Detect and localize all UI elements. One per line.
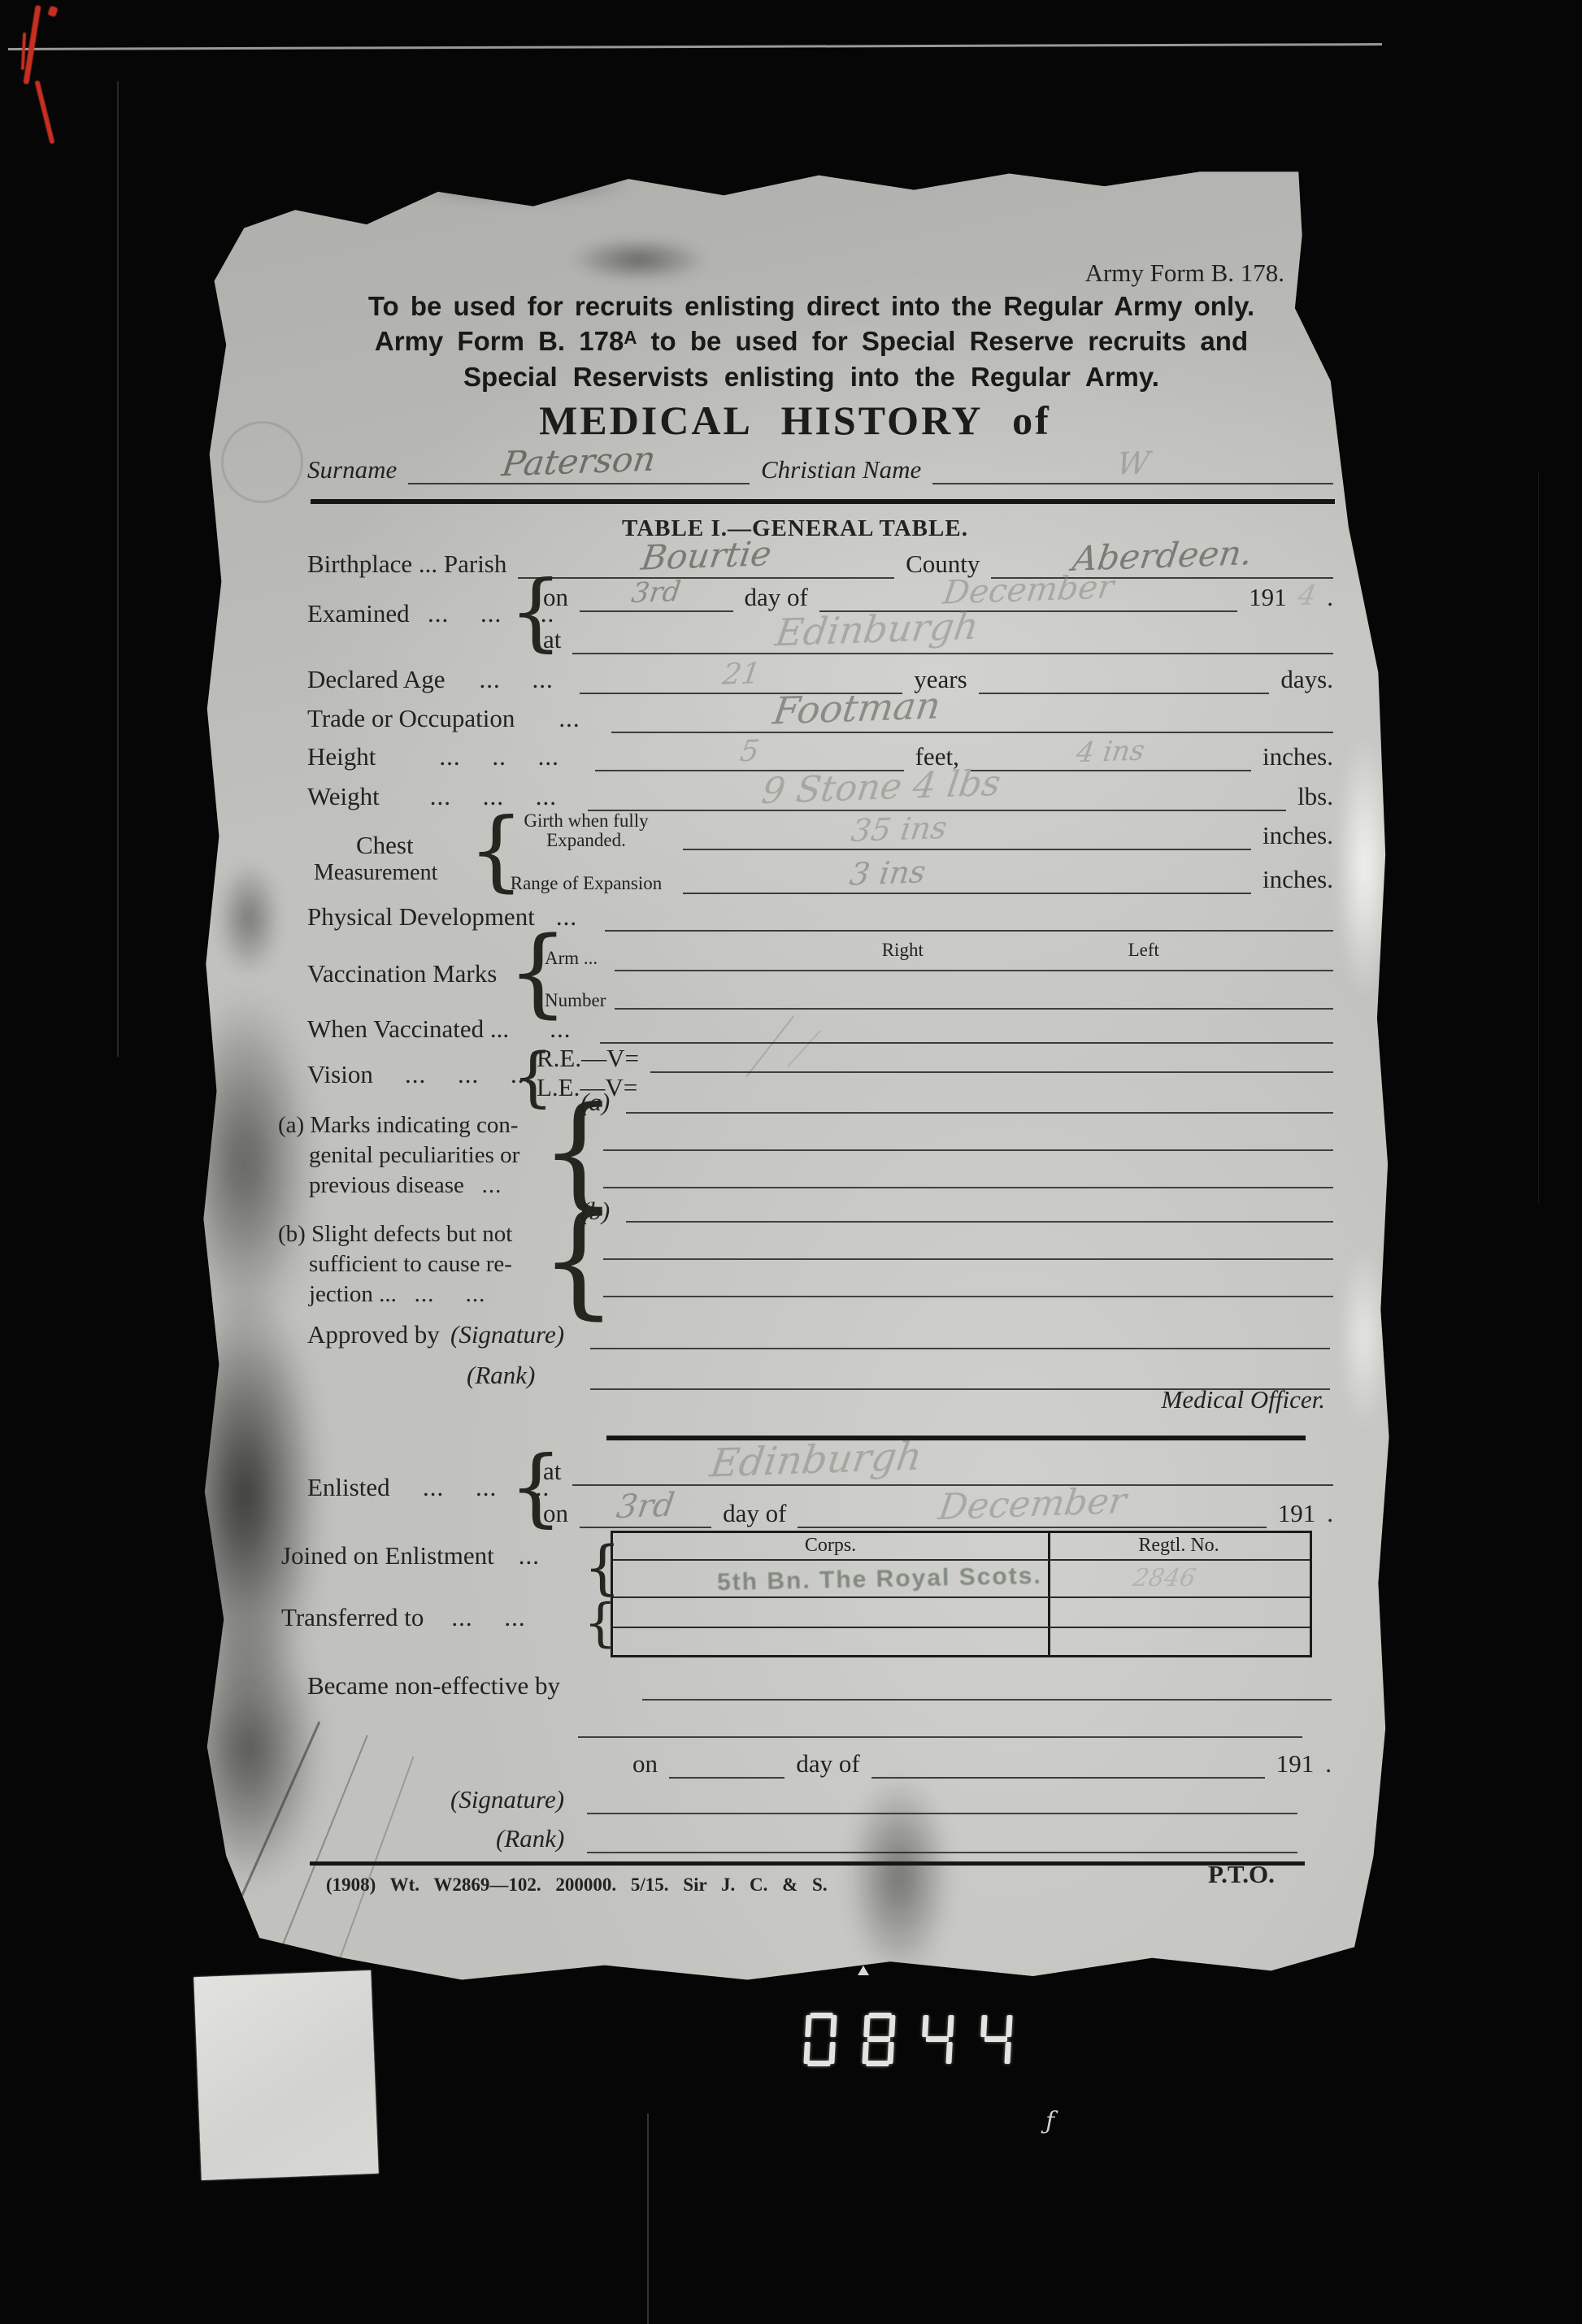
lbs-label: lbs. — [1297, 782, 1333, 811]
film-speck — [858, 1966, 869, 1975]
enlisted-label: Enlisted — [307, 1473, 390, 1502]
girth-line: 35 ins — [683, 818, 1251, 850]
physical-line — [605, 899, 1333, 932]
vision-field: Vision ... ... ... { R.E.—V= L.E.—V= — [307, 1045, 1333, 1102]
trade-row: Trade or Occupation ... Footman — [307, 696, 1333, 733]
re-label: R.E.—V= — [537, 1044, 639, 1073]
final-on-label: on — [632, 1749, 658, 1779]
re-line — [650, 1047, 1333, 1073]
final-month-line — [871, 1746, 1265, 1779]
examined-label: Examined — [307, 599, 410, 628]
marks-a-tag: (a) — [580, 1088, 610, 1117]
transferred-label: Transferred to — [281, 1603, 424, 1631]
section-rule — [606, 1436, 1306, 1440]
when-vaccinated-label: When Vaccinated ... — [307, 1014, 509, 1044]
age-value: 21 — [720, 657, 763, 692]
marks-a-writing-line — [603, 1187, 1333, 1188]
instruction-line: To be used for recruits enlisting direct… — [265, 291, 1358, 322]
final-signature-line — [587, 1813, 1297, 1814]
film-scratch-left — [117, 81, 119, 1057]
paper-tear — [1301, 316, 1370, 331]
enlisted-at-line: Edinburgh — [572, 1453, 1333, 1486]
defects-b-tag: (b) — [580, 1197, 610, 1226]
surname-value: Paterson — [500, 439, 658, 484]
range-unit: inches. — [1263, 865, 1333, 894]
film-scratch-bottom — [647, 2113, 649, 2324]
enlisted-month-value: December — [936, 1480, 1128, 1528]
transferred-dots: ... ... — [451, 1603, 525, 1631]
period: . — [1327, 583, 1333, 612]
defects-b-line2: sufficient to cause re- — [278, 1249, 522, 1279]
weight-label: Weight — [307, 782, 380, 811]
on-label: on — [543, 583, 568, 612]
at-label: at — [543, 625, 561, 654]
section-rule — [311, 499, 1335, 504]
marks-a-line3: previous disease ... — [278, 1171, 522, 1201]
range-label: Range of Expansion — [501, 873, 671, 894]
enlisted-at-label: at — [543, 1457, 561, 1486]
christian-name-line: W — [932, 452, 1333, 484]
instruction-line: Army Form B. 178ᴬ to be used for Special… — [265, 326, 1358, 357]
film-scratch-top — [8, 43, 1382, 50]
regtl-number-value: 2846 — [1131, 1564, 1198, 1592]
chest-label-2: Measurement — [314, 860, 437, 886]
chest-girth-row: Girth when fully Expanded. 35 ins inches… — [501, 813, 1333, 850]
arm-label: Arm ... — [545, 948, 598, 969]
approved-signature-line — [590, 1348, 1330, 1349]
vaccination-label: Vaccination Marks — [307, 959, 497, 988]
final-signature-label: (Signature) — [450, 1785, 564, 1814]
joined-brace: { — [584, 1533, 621, 1601]
non-effective-field: Became non-effective by — [307, 1671, 1333, 1704]
enlisted-year-prefix: 191 — [1278, 1499, 1316, 1528]
joined-dots: ... — [519, 1541, 540, 1570]
enlisted-period: . — [1327, 1499, 1333, 1528]
final-day-line — [669, 1746, 784, 1779]
chest-field: Chest Measurement { Girth when fully Exp… — [307, 813, 1333, 897]
pto-label: P.T.O. — [1208, 1860, 1275, 1889]
girth-label: Girth when fully Expanded. — [501, 811, 671, 850]
declared-age-dots: ... ... — [480, 665, 554, 694]
parish-value: Bourtie — [639, 533, 774, 578]
docket-number — [803, 2013, 1012, 2066]
non-effective-line-1 — [642, 1699, 1332, 1701]
page-title: MEDICAL HISTORY of — [200, 397, 1390, 444]
enlisted-at-row: at Edinburgh — [543, 1449, 1333, 1486]
enlisted-at-value: Edinburgh — [707, 1434, 925, 1487]
film-scratch-right — [1538, 471, 1539, 1203]
girth-value: 35 ins — [849, 810, 949, 849]
examined-field: Examined ... ... ... { on 3rd day of Dec… — [307, 573, 1333, 659]
when-vaccinated-line — [600, 1011, 1333, 1044]
height-dots: ... .. ... — [439, 742, 559, 771]
final-signature-field: (Signature) — [307, 1785, 1333, 1818]
column-divider — [1048, 1533, 1050, 1655]
arm-line — [615, 970, 1333, 971]
transferred-brace: { — [584, 1593, 617, 1653]
inches-value: 4 ins — [1075, 735, 1147, 770]
form-reference: Army Form B. 178. — [1085, 258, 1284, 288]
examined-at-row: at Edinburgh — [543, 615, 1333, 654]
enlisted-month-line: December — [798, 1496, 1266, 1528]
examined-at-line: Edinburgh — [572, 622, 1333, 654]
examined-day-line: 3rd — [580, 580, 733, 612]
docket-digit — [862, 2013, 895, 2066]
left-column-label: Left — [1128, 940, 1159, 961]
weight-line: 9 Stone 4 lbs — [588, 779, 1286, 811]
defects-b-writing-line — [603, 1296, 1333, 1297]
christian-name-label: Christian Name — [761, 455, 921, 484]
bottom-rule — [310, 1861, 1305, 1866]
red-film-mark — [47, 6, 59, 18]
surname-label: Surname — [307, 455, 397, 484]
chest-range-row: Range of Expansion 3 ins inches. — [501, 857, 1333, 894]
final-rank-line — [587, 1852, 1297, 1853]
examined-day-value: 3rd — [629, 576, 683, 610]
name-row: Surname Paterson Christian Name W — [307, 447, 1333, 484]
weight-value: 9 Stone 4 lbs — [759, 762, 1003, 812]
docket-digit — [920, 2013, 954, 2066]
height-label: Height — [307, 742, 376, 771]
final-rank-label: (Rank) — [496, 1824, 564, 1853]
medical-officer-label: Medical Officer. — [1162, 1385, 1325, 1414]
joined-label: Joined on Enlistment — [281, 1541, 494, 1570]
examined-at-value: Edinburgh — [772, 604, 981, 655]
declared-age-label: Declared Age — [307, 665, 445, 694]
approved-signature-label: (Signature) — [450, 1320, 564, 1349]
film-blank-frame — [193, 1970, 378, 2180]
approved-label: Approved by — [307, 1320, 440, 1349]
corps-header: Corps. — [613, 1535, 1048, 1557]
inches-label: inches. — [1263, 742, 1333, 771]
corps-stamp-value: 5th Bn. The Royal Scots. — [717, 1562, 1042, 1596]
corps-table: Corps. Regtl. No. 5th Bn. The Royal Scot… — [611, 1531, 1312, 1657]
transferred-label-row: Transferred to ... ... — [281, 1603, 526, 1632]
regtl-header: Regtl. No. — [1048, 1535, 1310, 1557]
final-year-prefix: 191 — [1276, 1749, 1315, 1779]
height-row: Height ... .. ... 5 feet, 4 ins inches. — [307, 734, 1333, 771]
vaccination-field: Vaccination Marks { Arm ... Number Right… — [307, 930, 1333, 1011]
girth-unit: inches. — [1263, 821, 1333, 850]
day-of-label: day of — [745, 583, 808, 612]
final-day-of-label: day of — [796, 1749, 859, 1779]
range-value: 3 ins — [847, 854, 928, 892]
surname-line: Paterson — [408, 452, 750, 484]
final-rank-field: (Rank) — [307, 1824, 1333, 1857]
trade-line: Footman — [611, 701, 1333, 733]
physical-label: Physical Development — [307, 902, 535, 932]
enlisted-on-row: on 3rd day of December 191 . — [543, 1491, 1333, 1528]
screenshot-root: Army Form B. 178. To be used for recruit… — [0, 0, 1582, 2324]
vision-label: Vision — [307, 1060, 373, 1089]
docket-digit — [979, 2013, 1012, 2066]
marks-a-line2: genital peculiarities or — [278, 1140, 522, 1171]
enlisted-field: Enlisted ... ... ... { at Edinburgh on 3… — [307, 1449, 1333, 1533]
print-imprint: (1908) Wt. W2869—102. 200000. 5/15. Sir … — [326, 1874, 828, 1896]
feet-line: 5 — [595, 739, 904, 771]
trade-label: Trade or Occupation — [307, 704, 515, 733]
film-squiggle: ƒ — [1045, 2107, 1054, 2135]
non-effective-label: Became non-effective by — [307, 1671, 560, 1701]
chest-label-1: Chest — [356, 831, 414, 860]
christian-name-value: W — [1115, 445, 1151, 481]
final-period: . — [1325, 1749, 1332, 1779]
approved-rank-label: (Rank) — [467, 1361, 535, 1390]
days-label: days. — [1280, 665, 1333, 694]
vision-le-row: L.E.—V= — [537, 1071, 1333, 1102]
enlisted-on-label: on — [543, 1499, 568, 1528]
marks-a-field: (a) Marks indicating con- genital peculi… — [278, 1099, 1333, 1201]
marks-a-writing-line — [603, 1149, 1333, 1151]
physical-row: Physical Development ... — [307, 896, 1333, 932]
red-film-mark — [23, 5, 41, 85]
red-film-mark — [34, 80, 54, 144]
defects-b-writing-line — [626, 1221, 1333, 1223]
trade-value: Footman — [770, 683, 943, 732]
when-vaccinated-row: When Vaccinated ... ... — [307, 1008, 1333, 1044]
marks-a-line1: (a) Marks indicating con- — [278, 1110, 522, 1140]
defects-b-line3: jection ... ... ... — [278, 1279, 522, 1310]
final-date-row: on day of 191 . — [632, 1743, 1332, 1779]
year-prefix: 191 — [1249, 583, 1287, 612]
examined-year-value: 4 — [1295, 580, 1319, 612]
enlisted-day-of-label: day of — [723, 1499, 786, 1528]
non-effective-line-2 — [578, 1736, 1302, 1738]
enlisted-day-line: 3rd — [580, 1496, 711, 1528]
approved-field: Approved by (Signature) — [307, 1320, 1333, 1353]
feet-value: 5 — [737, 735, 761, 769]
instruction-line: Special Reservists enlisting into the Re… — [265, 362, 1358, 393]
days-line — [979, 662, 1270, 694]
docket-digit — [803, 2013, 837, 2066]
range-line: 3 ins — [683, 862, 1251, 894]
defects-b-writing-line — [603, 1258, 1333, 1260]
right-column-label: Right — [882, 940, 924, 961]
vision-re-row: R.E.—V= — [537, 1042, 1333, 1073]
weight-row: Weight ... ... ... 9 Stone 4 lbs lbs. — [307, 772, 1333, 811]
defects-b-field: (b) Slight defects but not sufficient to… — [278, 1208, 1333, 1310]
defects-b-line1: (b) Slight defects but not — [278, 1219, 522, 1249]
document-paper: Army Form B. 178. To be used for recruit… — [200, 163, 1390, 1983]
enlisted-day-value: 3rd — [615, 1487, 677, 1526]
trade-dots: ... — [558, 704, 580, 733]
marks-a-writing-line — [626, 1112, 1333, 1114]
joined-label-row: Joined on Enlistment ... — [281, 1541, 540, 1570]
inches-line: 4 ins — [971, 739, 1251, 771]
